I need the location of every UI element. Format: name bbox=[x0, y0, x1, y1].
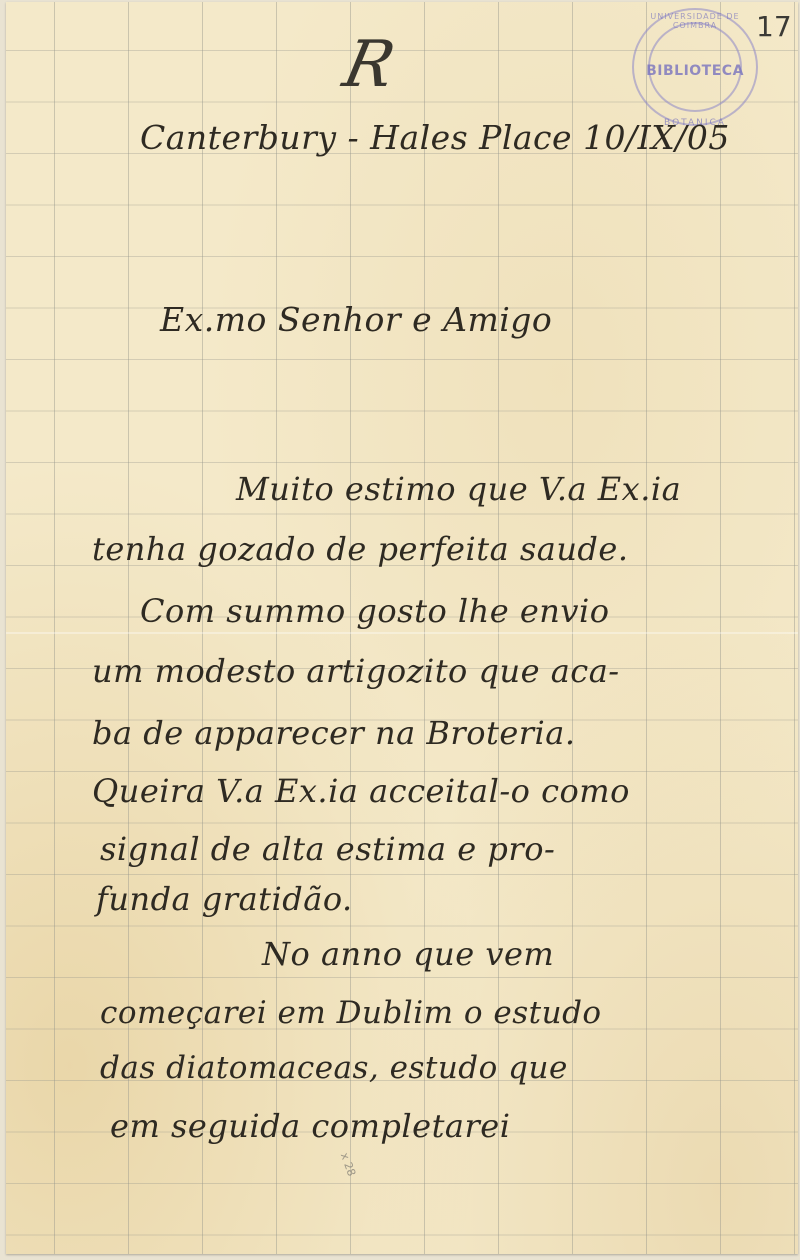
body-line: Com summo gosto lhe envio bbox=[140, 592, 609, 630]
fold-crease bbox=[6, 632, 798, 634]
stamp-center-text: BIBLIOTECA bbox=[634, 63, 756, 79]
body-line: funda gratidão. bbox=[96, 880, 353, 918]
body-line: um modesto artigozito que aca- bbox=[92, 652, 620, 690]
body-line: ba de apparecer na Broteria. bbox=[92, 714, 576, 752]
body-line: Queira V.a Ex.ia acceital-o como bbox=[92, 772, 630, 810]
stamp-arc-top-text: UNIVERSIDADE DE COIMBRA bbox=[634, 12, 756, 30]
body-line: em seguida completarei bbox=[110, 1107, 510, 1145]
body-line: das diatomaceas, estudo que bbox=[100, 1050, 568, 1086]
folio-number: 17 bbox=[756, 10, 792, 43]
library-stamp: UNIVERSIDADE DE COIMBRA BIBLIOTECA BOTAN… bbox=[632, 8, 758, 126]
body-line: tenha gozado de perfeita saude. bbox=[92, 530, 629, 568]
place-date-line: Canterbury - Hales Place 10/IX/05 bbox=[140, 118, 730, 157]
body-line: signal de alta estima e pro- bbox=[100, 830, 555, 868]
body-line: No anno que vem bbox=[262, 935, 554, 973]
body-line: Muito estimo que V.a Ex.ia bbox=[236, 470, 681, 508]
body-line: começarei em Dublim o estudo bbox=[100, 995, 602, 1031]
salutation: Ex.mo Senhor e Amigo bbox=[160, 300, 552, 339]
